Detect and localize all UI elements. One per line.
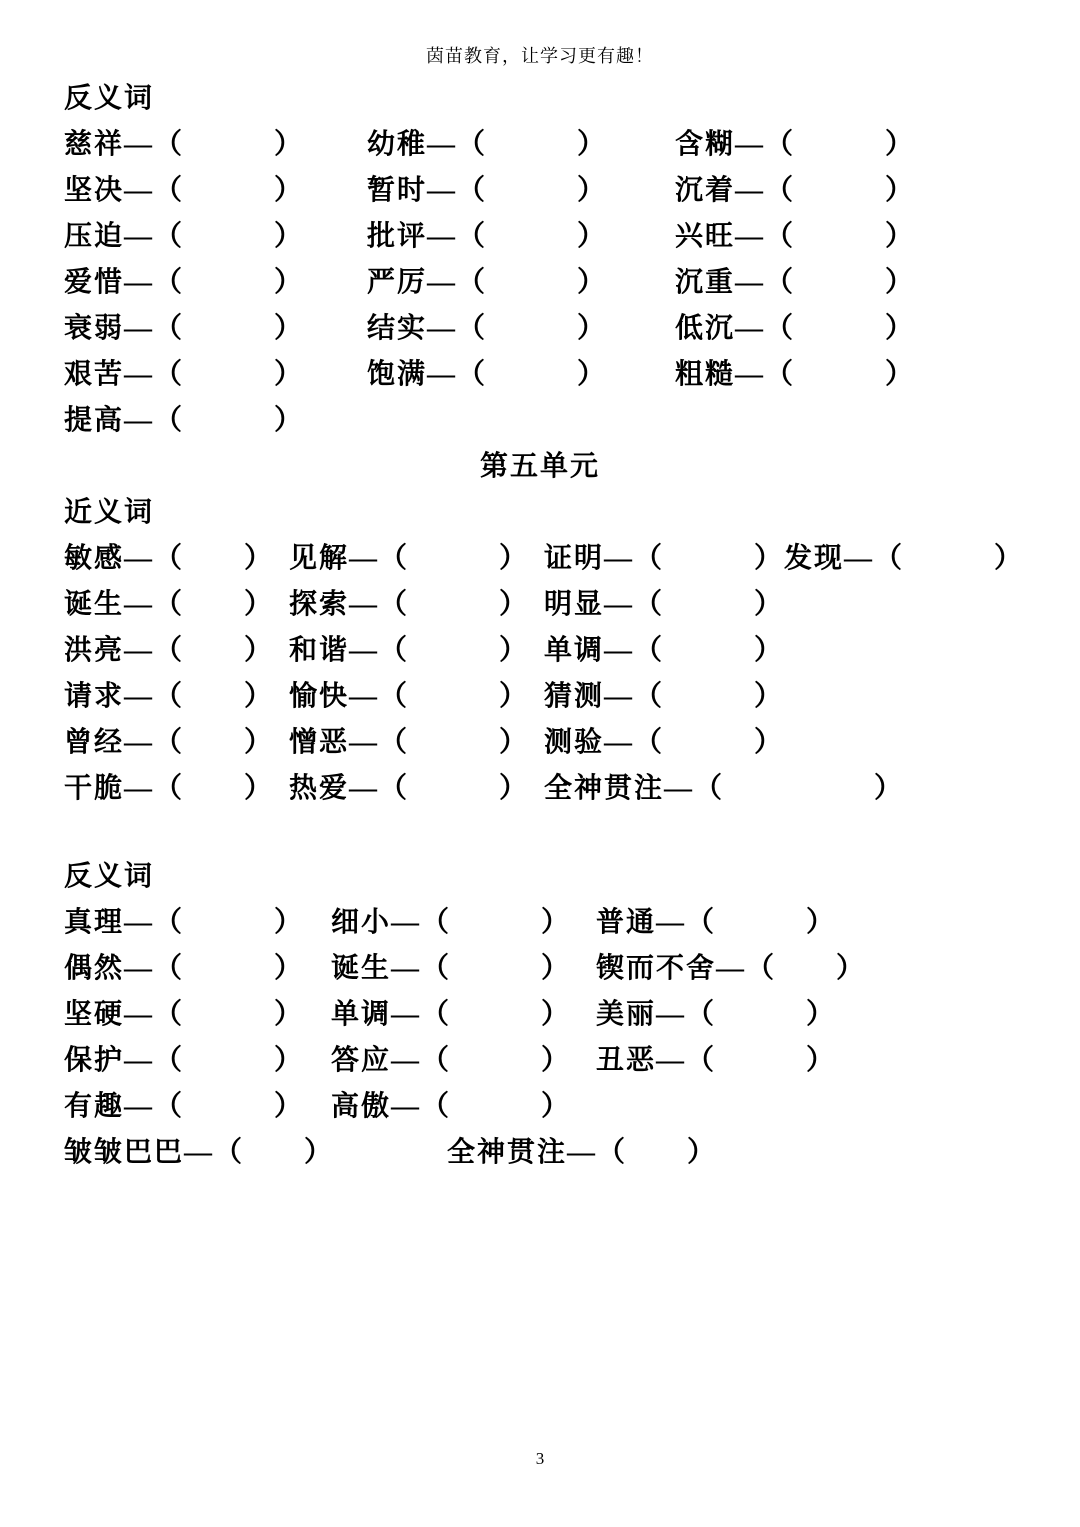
- word-pair-blank: 沉重—（ ）: [675, 260, 915, 306]
- word-pair-blank: 全神贯注—（ ）: [544, 766, 904, 812]
- section-heading-antonyms-2: 反义词: [64, 854, 1050, 900]
- word-pair-blank: 有趣—（ ）: [64, 1084, 331, 1130]
- word-pair-row: 诞生—（ ）探索—（ ）明显—（ ）: [64, 582, 1050, 628]
- word-pair-blank: 低沉—（ ）: [675, 306, 915, 352]
- word-pair-blank: 单调—（ ）: [331, 992, 596, 1038]
- word-pair-blank: 提高—（ ）: [64, 398, 367, 444]
- word-pair-row: 保护—（ ）答应—（ ）丑恶—（ ）: [64, 1038, 1050, 1084]
- section-antonyms-1: 反义词 慈祥—（ ）幼稚—（ ）含糊—（ ）坚决—（ ）暂时—（ ）沉着—（ ）…: [64, 76, 1050, 444]
- word-pair-row: 艰苦—（ ）饱满—（ ）粗糙—（ ）: [64, 352, 1050, 398]
- word-pair-row: 请求—（ ）愉快—（ ）猜测—（ ）: [64, 674, 1050, 720]
- word-pair-row: 慈祥—（ ）幼稚—（ ）含糊—（ ）: [64, 122, 1050, 168]
- word-pair-blank: 慈祥—（ ）: [64, 122, 367, 168]
- unit-title: 第五单元: [30, 444, 1050, 490]
- section-synonyms: 近义词 敏感—（ ）见解—（ ）证明—（ ）发现—（ ）诞生—（ ）探索—（ ）…: [64, 490, 1050, 812]
- word-pair-blank: 愉快—（ ）: [289, 674, 544, 720]
- word-pair-blank: 保护—（ ）: [64, 1038, 331, 1084]
- word-pair-blank: 严厉—（ ）: [367, 260, 675, 306]
- word-pair-row: 曾经—（ ）憎恶—（ ）测验—（ ）: [64, 720, 1050, 766]
- word-pair-blank: 明显—（ ）: [544, 582, 784, 628]
- word-pair-blank: 证明—（ ）: [544, 536, 784, 582]
- word-pair-blank: 洪亮—（ ）: [64, 628, 289, 674]
- page-footer: 3: [0, 1449, 1080, 1469]
- word-pair-blank: 艰苦—（ ）: [64, 352, 367, 398]
- word-pair-row: 坚决—（ ）暂时—（ ）沉着—（ ）: [64, 168, 1050, 214]
- word-pair-blank: 含糊—（ ）: [675, 122, 915, 168]
- word-pair-blank: 坚决—（ ）: [64, 168, 367, 214]
- word-pair-blank: 爱惜—（ ）: [64, 260, 367, 306]
- word-pair-blank: 和谐—（ ）: [289, 628, 544, 674]
- word-pair-blank: 兴旺—（ ）: [675, 214, 915, 260]
- word-pair-blank: 批评—（ ）: [367, 214, 675, 260]
- antonyms-2-rows: 真理—（ ）细小—（ ）普通—（ ）偶然—（ ）诞生—（ ）锲而不舍—（ ）坚硬…: [64, 900, 1050, 1176]
- word-pair-row: 敏感—（ ）见解—（ ）证明—（ ）发现—（ ）: [64, 536, 1050, 582]
- section-heading-antonyms-1: 反义词: [64, 76, 1050, 122]
- word-pair-blank: 偶然—（ ）: [64, 946, 331, 992]
- word-pair-blank: 诞生—（ ）: [64, 582, 289, 628]
- word-pair-blank: 敏感—（ ）: [64, 536, 289, 582]
- word-pair-blank: 诞生—（ ）: [331, 946, 596, 992]
- word-pair-blank: 测验—（ ）: [544, 720, 784, 766]
- word-pair-blank: 丑恶—（ ）: [596, 1038, 836, 1084]
- word-pair-blank: 暂时—（ ）: [367, 168, 675, 214]
- word-pair-row: 爱惜—（ ）严厉—（ ）沉重—（ ）: [64, 260, 1050, 306]
- word-pair-blank: 普通—（ ）: [596, 900, 836, 946]
- word-pair-blank: 美丽—（ ）: [596, 992, 836, 1038]
- word-pair-blank: 真理—（ ）: [64, 900, 331, 946]
- word-pair-blank: 粗糙—（ ）: [675, 352, 915, 398]
- word-pair-blank: 猜测—（ ）: [544, 674, 784, 720]
- word-pair-row: 有趣—（ ）高傲—（ ）: [64, 1084, 1050, 1130]
- word-pair-blank: 单调—（ ）: [544, 628, 784, 674]
- word-pair-blank: 憎恶—（ ）: [289, 720, 544, 766]
- word-pair-blank: 饱满—（ ）: [367, 352, 675, 398]
- word-pair-row: 压迫—（ ）批评—（ ）兴旺—（ ）: [64, 214, 1050, 260]
- word-pair-row: 提高—（ ）: [64, 398, 1050, 444]
- word-pair-blank: 衰弱—（ ）: [64, 306, 367, 352]
- word-pair-blank: 热爱—（ ）: [289, 766, 544, 812]
- antonyms-1-rows: 慈祥—（ ）幼稚—（ ）含糊—（ ）坚决—（ ）暂时—（ ）沉着—（ ）压迫—（…: [64, 122, 1050, 444]
- word-pair-row: 皱皱巴巴—（ ）全神贯注—（ ）: [64, 1130, 1050, 1176]
- word-pair-blank: 请求—（ ）: [64, 674, 289, 720]
- word-pair-row: 衰弱—（ ）结实—（ ）低沉—（ ）: [64, 306, 1050, 352]
- word-pair-blank: 幼稚—（ ）: [367, 122, 675, 168]
- word-pair-blank: 压迫—（ ）: [64, 214, 367, 260]
- word-pair-blank: 见解—（ ）: [289, 536, 544, 582]
- word-pair-blank: 沉着—（ ）: [675, 168, 915, 214]
- word-pair-row: 真理—（ ）细小—（ ）普通—（ ）: [64, 900, 1050, 946]
- synonyms-rows: 敏感—（ ）见解—（ ）证明—（ ）发现—（ ）诞生—（ ）探索—（ ）明显—（…: [64, 536, 1050, 812]
- word-pair-blank: 细小—（ ）: [331, 900, 596, 946]
- word-pair-row: 偶然—（ ）诞生—（ ）锲而不舍—（ ）: [64, 946, 1050, 992]
- word-pair-blank: 坚硬—（ ）: [64, 992, 331, 1038]
- word-pair-row: 干脆—（ ）热爱—（ ）全神贯注—（ ）: [64, 766, 1050, 812]
- word-pair-blank: 结实—（ ）: [367, 306, 675, 352]
- section-antonyms-2: 反义词 真理—（ ）细小—（ ）普通—（ ）偶然—（ ）诞生—（ ）锲而不舍—（…: [64, 854, 1050, 1176]
- word-pair-blank: 高傲—（ ）: [331, 1084, 596, 1130]
- word-pair-blank: 锲而不舍—（ ）: [596, 946, 866, 992]
- word-pair-row: 坚硬—（ ）单调—（ ）美丽—（ ）: [64, 992, 1050, 1038]
- word-pair-blank: 全神贯注—（ ）: [447, 1130, 717, 1176]
- worksheet-content: 反义词 慈祥—（ ）幼稚—（ ）含糊—（ ）坚决—（ ）暂时—（ ）沉着—（ ）…: [0, 76, 1080, 1176]
- worksheet-page: 茵苗教育，让学习更有趣！ 反义词 慈祥—（ ）幼稚—（ ）含糊—（ ）坚决—（ …: [0, 0, 1080, 1527]
- word-pair-blank: 干脆—（ ）: [64, 766, 289, 812]
- page-number: 3: [536, 1449, 545, 1468]
- word-pair-blank: 探索—（ ）: [289, 582, 544, 628]
- page-header: 茵苗教育，让学习更有趣！: [0, 0, 1080, 68]
- header-slogan: 茵苗教育，让学习更有趣！: [426, 46, 654, 66]
- word-pair-blank: 答应—（ ）: [331, 1038, 596, 1084]
- word-pair-blank: 发现—（ ）: [784, 536, 1024, 582]
- section-heading-synonyms: 近义词: [64, 490, 1050, 536]
- word-pair-blank: 曾经—（ ）: [64, 720, 289, 766]
- word-pair-blank: 皱皱巴巴—（ ）: [64, 1130, 447, 1176]
- word-pair-row: 洪亮—（ ）和谐—（ ）单调—（ ）: [64, 628, 1050, 674]
